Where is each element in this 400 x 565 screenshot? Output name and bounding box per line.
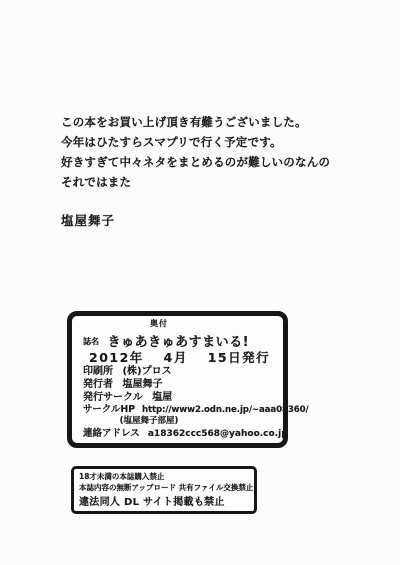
warning-box: 18才未満の本誌購入禁止 本誌内容の無断アップロード 共有ファイル交換禁止 違法… (71, 466, 257, 514)
circle-row: 発行サークル 塩屋 (83, 391, 275, 404)
colophon-box: 奥付 誌名 きゅあきゅあすまいる! 2012年 4月 15日発行 印刷所 (株)… (67, 311, 288, 448)
thank-you-message: この本をお買い上げ頂き有難うございました。 今年はひたすらスマプリで行く予定です… (61, 112, 330, 192)
printer-label: 印刷所 (83, 366, 113, 377)
website-url: http://www2.odn.ne.jp/~aaa08360/ (142, 405, 309, 415)
message-line: 好きすぎて中々ネタをまとめるのが難しいのなんの (61, 152, 330, 172)
book-title-row: 誌名 きゅあきゅあすまいる! (83, 331, 275, 350)
scanned-afterword-page: この本をお買い上げ頂き有難うございました。 今年はひたすらスマプリで行く予定です… (0, 0, 400, 565)
printer-row: 印刷所 (株)プロス (83, 365, 275, 378)
printer-value: (株)プロス (122, 366, 171, 377)
message-line: 今年はひたすらスマプリで行く予定です。 (61, 132, 330, 152)
book-title-label: 誌名 (83, 337, 99, 346)
room-note: (塩屋舞子部屋) (83, 416, 215, 427)
publisher-row: 発行者 塩屋舞子 (83, 378, 275, 391)
warning-line-age: 18才未満の本誌購入禁止 (79, 472, 250, 483)
warning-line-dl-site: 違法同人 DL サイト掲載も禁止 (79, 497, 250, 509)
contact-row: 連絡アドレス a18362ccc568@yahoo.co.jp (83, 427, 275, 441)
colophon-header: 奥付 (83, 319, 235, 328)
circle-label: 発行サークル (83, 392, 143, 403)
message-line: この本をお買い上げ頂き有難うございました。 (61, 112, 330, 132)
message-line: それではまた (61, 172, 330, 192)
author-signature: 塩屋舞子 (61, 211, 115, 229)
publisher-value: 塩屋舞子 (122, 379, 162, 390)
publisher-label: 発行者 (83, 379, 113, 390)
website-label: サークルHP (83, 404, 135, 415)
warning-line-upload: 本誌内容の無断アップロード 共有ファイル交換禁止 (79, 483, 250, 494)
website-row: サークルHP http://www2.odn.ne.jp/~aaa08360/ (83, 404, 275, 416)
book-title: きゅあきゅあすまいる! (108, 335, 249, 350)
contact-email: a18362ccc568@yahoo.co.jp (148, 429, 288, 439)
publish-date: 2012年 4月 15日発行 (89, 351, 275, 365)
circle-value: 塩屋 (152, 392, 172, 403)
contact-label: 連絡アドレス (83, 428, 140, 439)
